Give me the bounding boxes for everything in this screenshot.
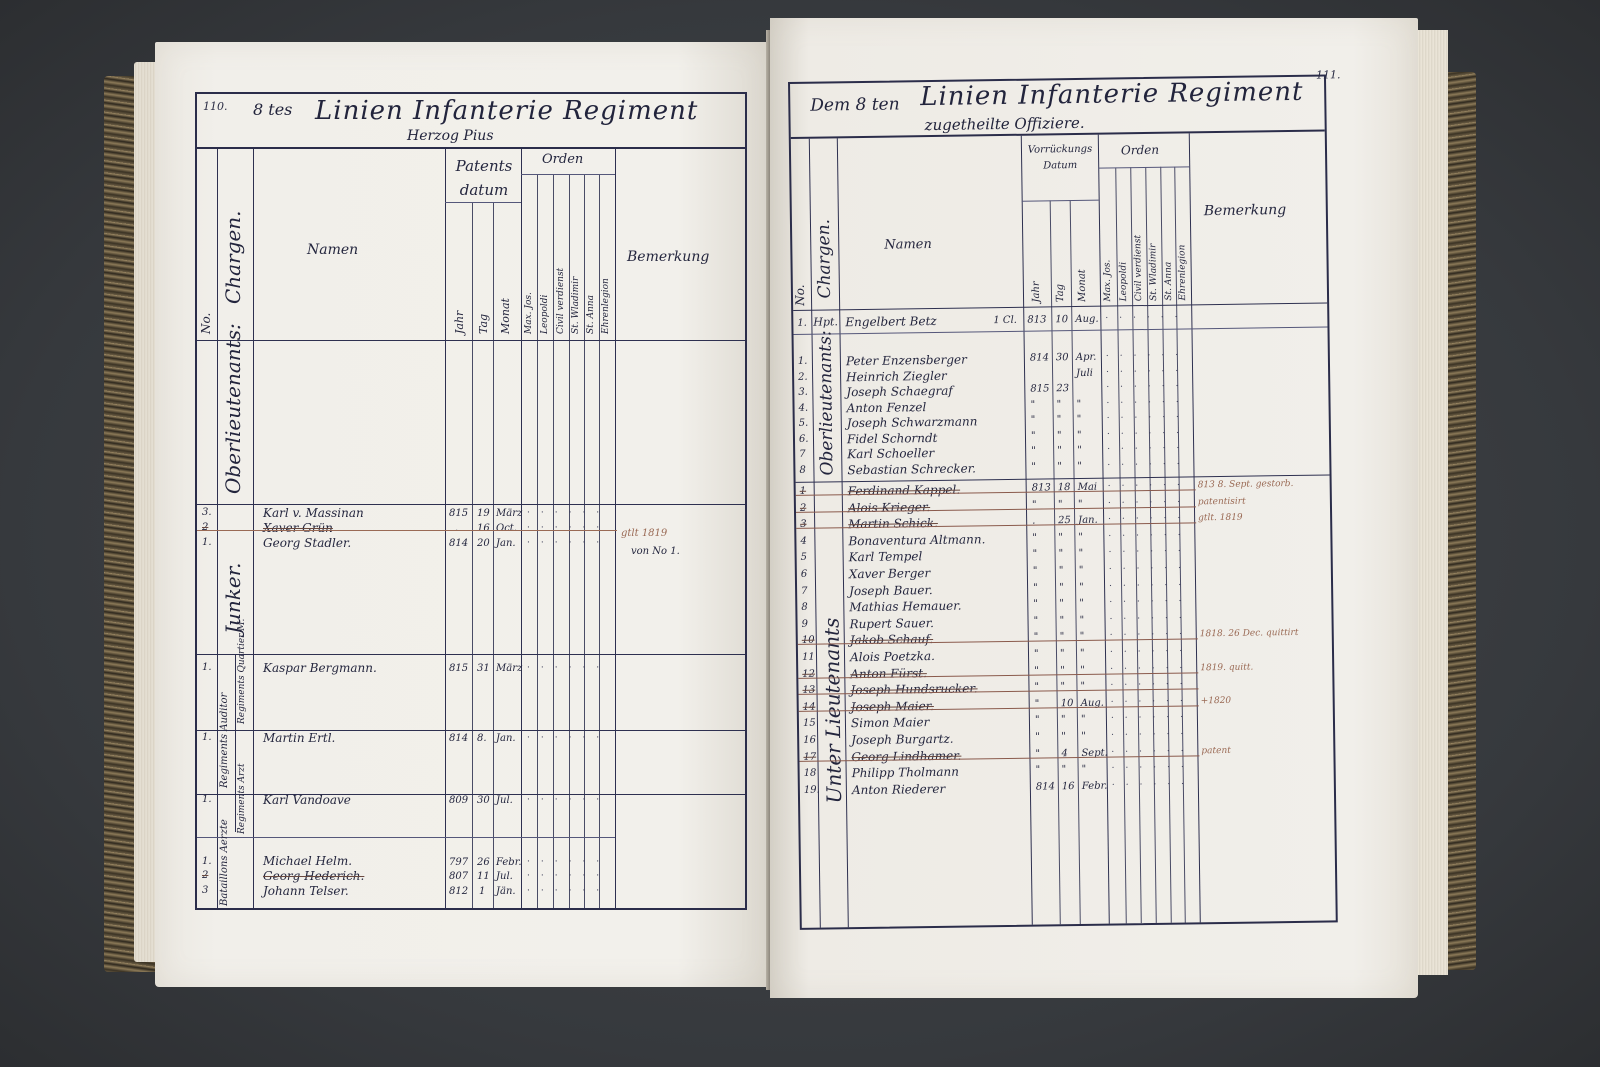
right-header-orden-4: St. Wladimir xyxy=(1148,243,1159,300)
orden-dots: ······ xyxy=(1111,729,1194,740)
row-number: 16 xyxy=(803,735,816,746)
row-number: 6. xyxy=(799,433,809,444)
patent-month: " xyxy=(1077,445,1082,456)
officer-name: Martin Schick. xyxy=(848,516,938,531)
patent-month: Febr. xyxy=(1082,780,1108,791)
right-header-orden-3: Civil verdienst xyxy=(1133,235,1144,301)
officer-name: Xaver Berger xyxy=(849,566,931,581)
group-label-hauptmann: Hpt. xyxy=(813,315,838,328)
remark: patentisirt xyxy=(1198,496,1246,507)
left-ledger-table: 110. 8 tes Linien Infanterie Regiment He… xyxy=(195,92,747,910)
orden-dots: ······ xyxy=(1106,366,1189,377)
officer-name: Mathias Hemauer. xyxy=(849,599,961,615)
right-header-patent-monat: Monat xyxy=(1077,269,1088,302)
patent-year: " xyxy=(1033,599,1038,610)
left-page-number: 110. xyxy=(203,100,228,113)
patent-year: " xyxy=(1032,532,1037,543)
patent-month: Juli xyxy=(1076,367,1093,378)
remark: 1818. 26 Dec. quittirt xyxy=(1200,628,1299,639)
header-orden: Orden xyxy=(542,152,583,167)
right-header-patent-jahr: Jahr xyxy=(1031,281,1042,302)
header-patent-monat: Monat xyxy=(499,298,512,334)
patent-day: " xyxy=(1059,615,1064,626)
patent-year: " xyxy=(1035,732,1040,743)
right-title-prefix: Dem 8 ten xyxy=(810,94,900,115)
row-number: 8 xyxy=(799,464,806,475)
officer-name: Philipp Tholmann xyxy=(852,765,959,780)
row-number: 8 xyxy=(801,602,808,613)
officer-name: Joseph Hundsrucker. xyxy=(850,682,977,698)
officer-name: Sebastian Schrecker. xyxy=(847,461,976,477)
row-number: 4 xyxy=(800,536,807,547)
group-label-bataillons-aerzte: Bataillons Aerzte xyxy=(219,819,230,906)
patent-month: " xyxy=(1077,460,1082,471)
patent-month: " xyxy=(1079,615,1084,626)
orden-dots: ······ xyxy=(1109,613,1192,624)
officer-name: Alois Poetzka. xyxy=(850,649,935,664)
header-orden-3: Civil verdienst xyxy=(556,268,566,334)
row-number: 5. xyxy=(799,418,809,429)
header-patent-tag: Tag xyxy=(477,314,490,334)
patent-year: " xyxy=(1033,549,1038,560)
patent-day: " xyxy=(1059,598,1064,609)
orden-dots: ······ xyxy=(1107,443,1190,454)
officer-name: Rupert Sauer. xyxy=(849,616,934,631)
officer-name: Simon Maier xyxy=(851,715,930,730)
officer-name: Georg Lindhamer. xyxy=(851,748,961,764)
orden-dots: ······ xyxy=(1108,530,1191,541)
row-number: 15 xyxy=(803,718,816,729)
remark: 1819. quitt. xyxy=(1200,662,1253,673)
orden-dots: ······ xyxy=(1112,763,1195,774)
right-header-orden-2: Leopoldi xyxy=(1119,262,1130,302)
right-page: Dem 8 ten Linien Infanterie Regiment zug… xyxy=(770,18,1418,998)
right-page-title: Linien Infanterie Regiment xyxy=(920,77,1304,112)
patent-year: " xyxy=(1031,446,1036,457)
patent-month: " xyxy=(1077,414,1082,425)
remark: 813 8. Sept. gestorb. xyxy=(1198,479,1294,490)
remark: +1820 xyxy=(1201,696,1232,706)
patent-year: " xyxy=(1031,415,1036,426)
row-number: 18 xyxy=(804,768,817,779)
patent-year: 814 xyxy=(1030,352,1049,363)
patent-year: " xyxy=(1033,582,1038,593)
left-page-subtitle: Herzog Pius xyxy=(407,128,494,144)
officer-name: Ferdinand Kappel. xyxy=(848,483,961,499)
patent-month: " xyxy=(1077,429,1082,440)
row-number: 3. xyxy=(798,387,808,398)
group-label-auditor: Regiments Auditor xyxy=(219,693,230,788)
left-page-title: Linien Infanterie Regiment xyxy=(315,96,698,126)
row-number: 11 xyxy=(802,652,815,663)
header-orden-5: St. Anna xyxy=(586,295,596,334)
left-page: 110. 8 tes Linien Infanterie Regiment He… xyxy=(155,42,770,987)
patent-month: " xyxy=(1081,731,1086,742)
right-title-bar: Dem 8 ten Linien Infanterie Regiment zug… xyxy=(790,77,1325,139)
patent-month: " xyxy=(1076,398,1081,409)
row-number: 9 xyxy=(801,619,808,630)
officer-name: Heinrich Ziegler xyxy=(846,368,947,383)
row-number: 4. xyxy=(798,402,808,413)
officer-name: Joseph Bauer. xyxy=(849,583,933,598)
right-header-bemerkung: Bemerkung xyxy=(1204,202,1287,219)
patent-month: " xyxy=(1079,565,1084,576)
orden-dots: ······ xyxy=(1107,459,1190,470)
orden-dots: ······ xyxy=(1107,428,1190,439)
left-title-prefix: 8 tes xyxy=(253,100,292,119)
row-number: 7 xyxy=(799,449,806,460)
patent-day: " xyxy=(1057,445,1062,456)
officer-name: Alois Krieger. xyxy=(848,500,930,515)
patent-month: " xyxy=(1080,648,1085,659)
patent-day: 23 xyxy=(1056,383,1069,394)
officer-name: Joseph Burgartz. xyxy=(851,732,954,747)
patent-year: 814 xyxy=(1036,781,1055,792)
patent-year: " xyxy=(1031,461,1036,472)
row-number: 5 xyxy=(801,552,808,563)
patent-month: " xyxy=(1081,714,1086,725)
row-number: 6 xyxy=(801,569,808,580)
patent-month: " xyxy=(1079,548,1084,559)
officer-name: Karl Tempel xyxy=(849,550,923,565)
remark: patent xyxy=(1201,745,1231,755)
patent-day: " xyxy=(1058,532,1063,543)
patent-year: 815 xyxy=(1030,383,1049,394)
orden-dots: ······ xyxy=(1106,397,1189,408)
header-namen: Namen xyxy=(307,242,358,258)
header-orden-4: St. Wladimir xyxy=(571,277,581,334)
patent-month: " xyxy=(1079,598,1084,609)
patent-year: " xyxy=(1036,765,1041,776)
officer-name: Jakob Schauf. xyxy=(850,632,934,647)
right-header-orden-5: St. Anna xyxy=(1164,262,1175,301)
row-number: 7 xyxy=(801,585,808,596)
patent-day: " xyxy=(1059,549,1064,560)
patent-year: " xyxy=(1031,430,1036,441)
patent-day: " xyxy=(1059,582,1064,593)
officer-name: Fidel Schorndt xyxy=(847,430,938,445)
header-bemerkung: Bemerkung xyxy=(627,249,709,265)
patent-day: " xyxy=(1057,461,1062,472)
officer-name: Karl Schoeller xyxy=(847,446,934,461)
patent-year: " xyxy=(1030,399,1035,410)
patent-day: " xyxy=(1056,399,1061,410)
header-patent-jahr: Jahr xyxy=(453,311,466,334)
orden-dots: ······ xyxy=(1109,597,1192,608)
right-header-patent: Vorrückungs Datum xyxy=(1025,142,1095,175)
right-header-patent-tag: Tag xyxy=(1055,284,1066,302)
right-header-nr: No. xyxy=(793,284,807,306)
right-header-orden-6: Ehrenlegion xyxy=(1177,245,1188,301)
patent-year: " xyxy=(1033,615,1038,626)
row-number: 1. xyxy=(798,356,808,367)
patent-month: Apr. xyxy=(1076,352,1097,363)
patent-day: " xyxy=(1060,648,1065,659)
orden-dots: ······ xyxy=(1110,646,1193,657)
header-nr: No. xyxy=(199,313,213,334)
group-label-oberlieutenants: Oberlieutenants: xyxy=(221,323,245,494)
right-page-number: 111. xyxy=(1316,68,1341,81)
patent-day: " xyxy=(1059,565,1064,576)
orden-dots: ······ xyxy=(1106,350,1189,361)
orden-dots: ······ xyxy=(1109,547,1192,558)
patent-year: " xyxy=(1034,649,1039,660)
officer-name: Joseph Schaegraf xyxy=(846,384,953,399)
officer-name: Anton Fürst. xyxy=(850,666,927,681)
right-header-namen: Namen xyxy=(884,237,932,253)
officer-name: Bonaventura Altmann. xyxy=(848,532,985,548)
group-label-right-oberlieutenants: Oberlieutenants: xyxy=(815,330,837,475)
header-orden-2: Leopoldi xyxy=(540,295,550,334)
officer-name: Peter Enzensberger xyxy=(846,353,967,369)
patent-year: " xyxy=(1033,566,1038,577)
patent-day: 30 xyxy=(1056,352,1069,363)
right-header-chargen: Chargen. xyxy=(814,219,835,299)
orden-dots: ······ xyxy=(1109,563,1192,574)
right-header-orden: Orden xyxy=(1121,143,1159,158)
patent-day: " xyxy=(1062,764,1067,775)
patent-month: " xyxy=(1079,582,1084,593)
remark: gtlt. 1819 xyxy=(1198,513,1243,524)
patent-month: " xyxy=(1078,532,1083,543)
row-number: 2. xyxy=(798,371,808,382)
orden-dots: ······ xyxy=(1106,381,1189,392)
right-page-subtitle: zugetheilte Offiziere. xyxy=(924,114,1084,134)
officer-name: Joseph Schwarzmann xyxy=(847,414,978,430)
officer-name: Anton Fenzel xyxy=(846,400,926,415)
patent-day: " xyxy=(1061,715,1066,726)
group-label-arzt: Regiments Arzt xyxy=(237,763,247,834)
orden-dots: ······ xyxy=(1107,412,1190,423)
header-patent: Patents datum xyxy=(451,154,517,202)
orden-dots: ······ xyxy=(1109,580,1192,591)
orden-dots: ······ xyxy=(1112,779,1195,790)
orden-dots: ······ xyxy=(1111,713,1194,724)
right-ledger-table: Dem 8 ten Linien Infanterie Regiment zug… xyxy=(788,74,1338,929)
left-title-bar: 110. 8 tes Linien Infanterie Regiment He… xyxy=(197,94,745,149)
row-number: 19. xyxy=(804,784,820,795)
group-label-quartiermeister: Regiments Quartier M. xyxy=(237,619,247,724)
patent-day: 16 xyxy=(1062,781,1075,792)
patent-day: " xyxy=(1061,731,1066,742)
patent-day: " xyxy=(1057,414,1062,425)
header-orden-6: Ehrenlegion xyxy=(601,278,611,334)
header-chargen: Chargen. xyxy=(221,210,245,304)
patent-day: " xyxy=(1057,430,1062,441)
patent-year: " xyxy=(1035,715,1040,726)
header-orden-1: Max. Jos. xyxy=(524,292,534,334)
officer-name: Joseph Maier. xyxy=(851,699,934,714)
patent-month: " xyxy=(1082,764,1087,775)
right-header-orden-1: Max. Jos. xyxy=(1103,260,1114,302)
officer-name: Anton Riederer xyxy=(852,782,946,797)
